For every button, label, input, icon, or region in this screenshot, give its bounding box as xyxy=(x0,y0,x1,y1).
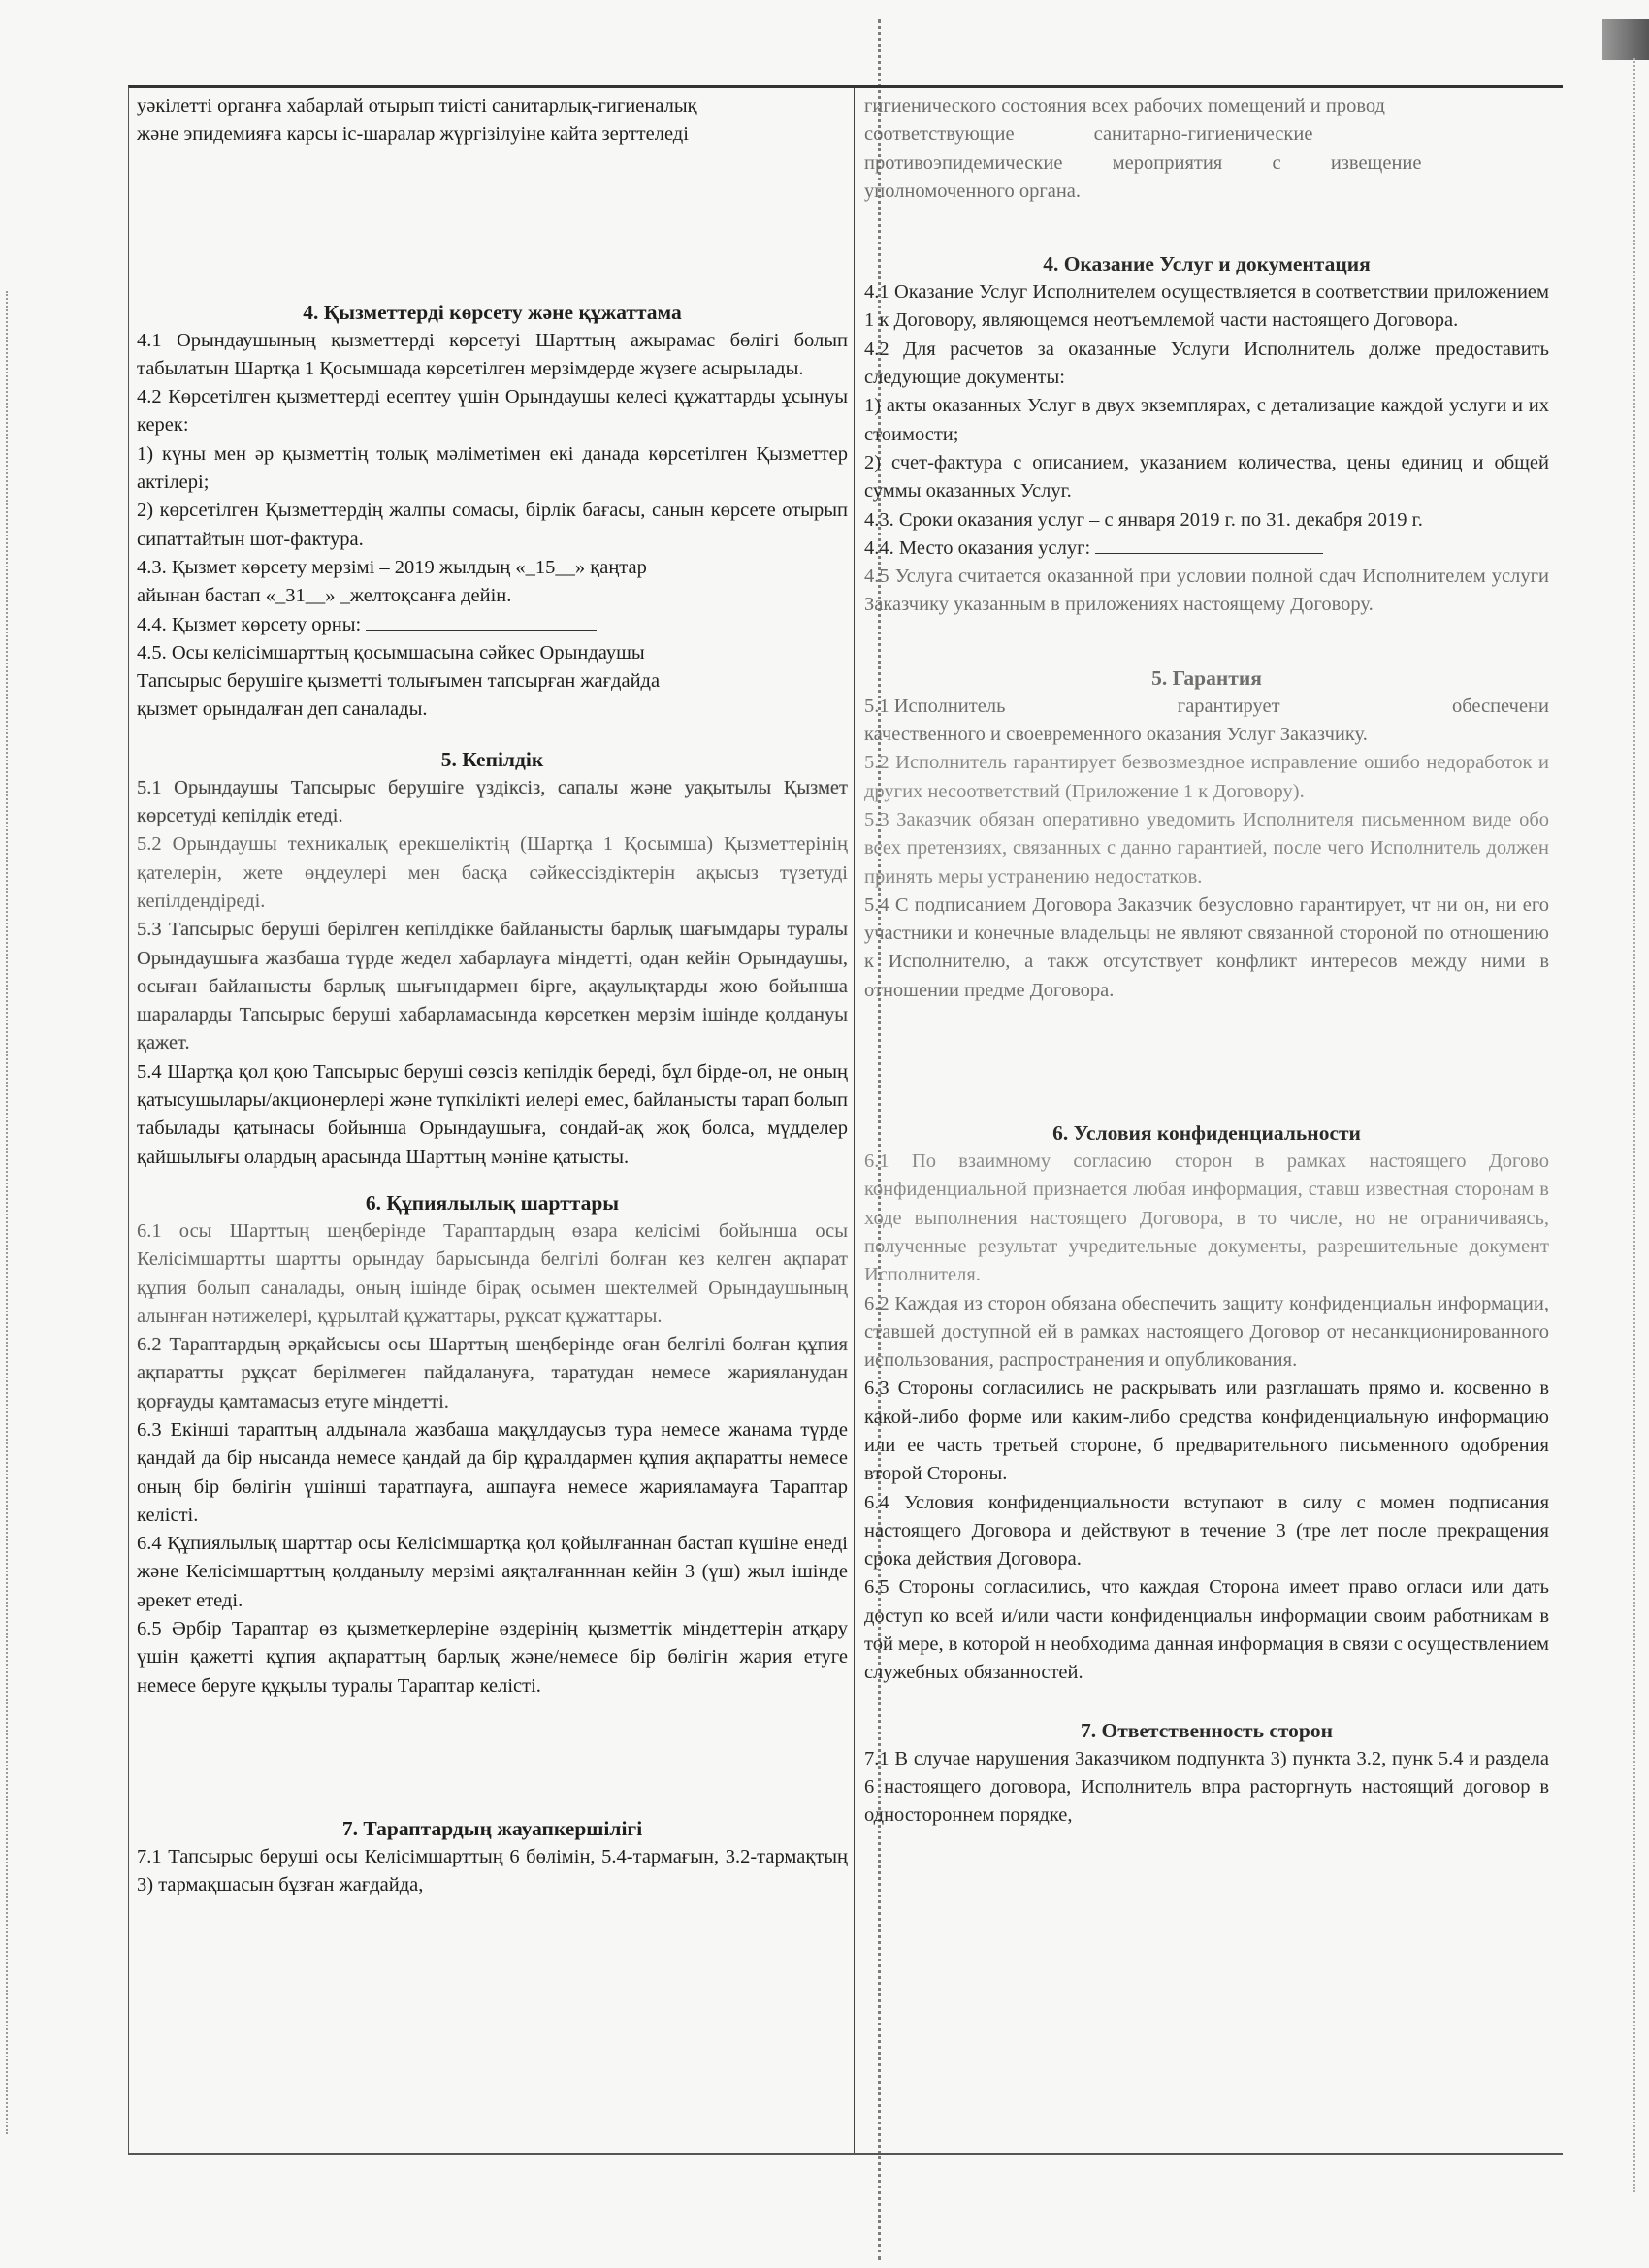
kz-clause-4-2: 4.2 Көрсетілген қызметтерді есептеу үшін… xyxy=(137,383,848,440)
scan-noise-right xyxy=(1633,58,1635,2192)
ru-intro-line-2: соответствующие санитарно-гигиенические xyxy=(864,120,1549,148)
kz-clause-4-3b: айынан бастап «_31__» _желтоқсанға дейін… xyxy=(137,582,848,610)
contract-table: уәкілетті органға хабарлай отырып тиісті… xyxy=(128,85,1563,2155)
ru-clause-6-4: 6.4 Условия конфиденциальности вступают … xyxy=(864,1489,1549,1574)
ru-intro-line-1: гигиенического состояния всех рабочих по… xyxy=(864,92,1549,120)
ru-clause-5-1-part-a: 5.1 Исполнитель xyxy=(864,693,1005,721)
kz-intro-line-2: және эпидемияға карсы іс-шаралар жүргізі… xyxy=(137,120,848,148)
ru-intro-line-4: уполномоченного органа. xyxy=(864,178,1549,206)
ru-clause-4-5: 4.5 Услуга считается оказанной при услов… xyxy=(864,563,1549,620)
ru-clause-4-4: 4.4. Место оказания услуг: xyxy=(864,535,1549,563)
kz-clause-6-4: 6.4 Құпиялылық шарттар осы Келісімшартқа… xyxy=(137,1530,848,1615)
kz-section-7-title: 7. Тараптардың жауапкершілігі xyxy=(137,1815,848,1843)
kz-clause-4-5a: 4.5. Осы келісімшарттың қосымшасына сәйк… xyxy=(137,639,848,667)
ru-clause-5-1-line: 5.1 Исполнитель гарантирует обеспечени xyxy=(864,693,1549,721)
ru-clause-5-3: 5.3 Заказчик обязан оперативно уведомить… xyxy=(864,806,1549,891)
kz-clause-5-3: 5.3 Тапсырыс беруші берілген кепілдікке … xyxy=(137,916,848,1057)
scan-noise-left xyxy=(6,291,8,2134)
ru-clause-6-3: 6.3 Стороны согласились не раскрывать ил… xyxy=(864,1375,1549,1488)
kz-clause-4-5c: қызмет орындалған деп саналады. xyxy=(137,696,848,724)
scan-edge-artifact xyxy=(1602,19,1649,60)
ru-clause-7-1: 7.1 В случае нарушения Заказчиком подпун… xyxy=(864,1745,1549,1831)
ru-clause-4-3: 4.3. Сроки оказания услуг – с января 201… xyxy=(864,506,1549,535)
ru-clause-5-1-part-b: гарантирует xyxy=(1178,693,1280,721)
kz-clause-7-1: 7.1 Тапсырыс беруші осы Келісімшарттың 6… xyxy=(137,1843,848,1900)
kz-clause-6-2: 6.2 Тараптардың әрқайсысы осы Шарттың ше… xyxy=(137,1331,848,1416)
ru-intro-line-3: противоэпидемические мероприятия с извещ… xyxy=(864,149,1549,178)
ru-clause-5-1-part-c: обеспечени xyxy=(1452,693,1549,721)
russian-column: гигиенического состояния всех рабочих по… xyxy=(855,88,1563,2153)
kazakh-column: уәкілетті органға хабарлай отырып тиісті… xyxy=(129,88,855,2153)
service-place-blank xyxy=(366,612,597,631)
kz-clause-6-5: 6.5 Әрбір Тараптар өз қызметкерлеріне өз… xyxy=(137,1615,848,1701)
ru-clause-4-2: 4.2 Для расчетов за оказанные Услуги Исп… xyxy=(864,336,1549,393)
ru-section-4-title: 4. Оказание Услуг и документация xyxy=(864,250,1549,278)
kz-clause-5-1: 5.1 Орындаушы Тапсырыс берушіге үздіксіз… xyxy=(137,774,848,831)
kz-clause-5-4: 5.4 Шартқа қол қою Тапсырыс беруші сөзсі… xyxy=(137,1058,848,1172)
ru-section-5-title: 5. Гарантия xyxy=(864,664,1549,693)
ru-section-7-title: 7. Ответственность сторон xyxy=(864,1717,1549,1745)
kz-section-4-title: 4. Қызметтерді көрсету және құжаттама xyxy=(137,299,848,327)
ru-clause-5-2: 5.2 Исполнитель гарантирует безвозмездно… xyxy=(864,749,1549,806)
kz-clause-4-4-label: 4.4. Қызмет көрсету орны: xyxy=(137,614,361,635)
ru-clause-4-2-1: 1) акты оказанных Услуг в двух экземпляр… xyxy=(864,392,1549,449)
kz-intro-line-1: уәкілетті органға хабарлай отырып тиісті… xyxy=(137,92,848,120)
ru-clause-5-1-cont: качественного и своевременного оказания … xyxy=(864,721,1549,749)
ru-clause-6-1: 6.1 По взаимному согласию сторон в рамка… xyxy=(864,1148,1549,1289)
kz-clause-4-2-1: 1) күны мен әр қызметтің толық мәліметім… xyxy=(137,440,848,498)
kz-clause-6-1: 6.1 осы Шарттың шеңберінде Тараптардың ө… xyxy=(137,1217,848,1331)
kz-clause-4-5b: Тапсырыс берушіге қызметті толығымен тап… xyxy=(137,667,848,696)
kz-clause-4-3a: 4.3. Қызмет көрсету мерзімі – 2019 жылды… xyxy=(137,554,848,582)
service-place-blank-ru xyxy=(1095,535,1323,554)
ru-clause-6-5: 6.5 Стороны согласились, что каждая Стор… xyxy=(864,1573,1549,1687)
kz-clause-5-2: 5.2 Орындаушы техникалық ерекшеліктің (Ш… xyxy=(137,830,848,916)
ru-clause-6-2: 6.2 Каждая из сторон обязана обеспечить … xyxy=(864,1290,1549,1376)
kz-clause-4-4: 4.4. Қызмет көрсету орны: xyxy=(137,611,848,639)
kz-section-5-title: 5. Кепілдік xyxy=(137,746,848,774)
kz-clause-4-1: 4.1 Орындаушының қызметтерді көрсетуі Ша… xyxy=(137,327,848,384)
kz-clause-6-3: 6.3 Екінші тараптың алдынала жазбаша мақ… xyxy=(137,1416,848,1530)
ru-section-6-title: 6. Условия конфиденциальности xyxy=(864,1119,1549,1148)
ru-clause-5-4: 5.4 С подписанием Договора Заказчик безу… xyxy=(864,891,1549,1005)
ru-clause-4-1: 4.1 Оказание Услуг Исполнителем осуществ… xyxy=(864,278,1549,336)
kz-section-6-title: 6. Құпиялылық шарттары xyxy=(137,1189,848,1217)
ru-clause-4-2-2: 2) счет-фактура с описанием, указанием к… xyxy=(864,449,1549,506)
ru-clause-4-4-label: 4.4. Место оказания услуг: xyxy=(864,537,1090,559)
kz-clause-4-2-2: 2) көрсетілген Қызметтердің жалпы сомасы… xyxy=(137,497,848,554)
